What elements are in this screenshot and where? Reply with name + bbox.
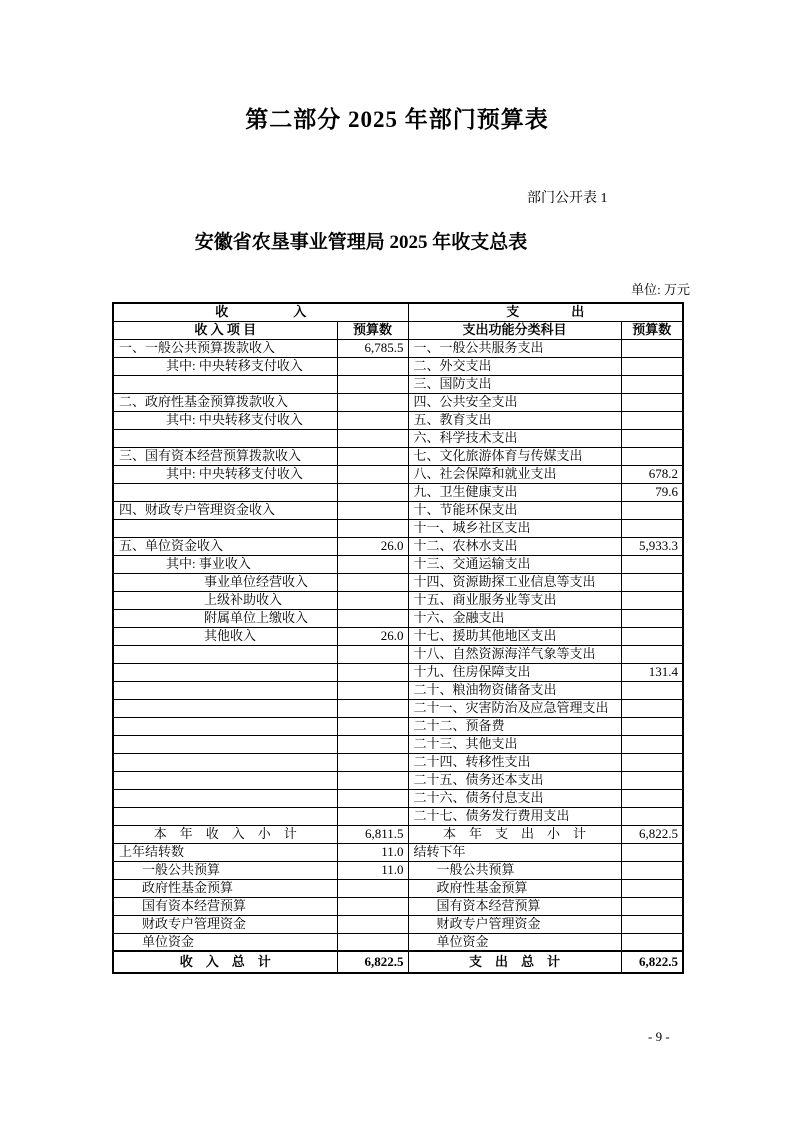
table-row: 其他收入26.0十七、援助其他地区支出	[113, 627, 683, 645]
income-item-cell: 上级补助收入	[113, 591, 337, 609]
expense-item-cell: 财政专户管理资金	[408, 915, 621, 933]
budget-summary-table: 收 入 支 出 收 入 项 目 预算数 支出功能分类科目 预算数 一、一般公共预…	[112, 302, 684, 974]
table-total-row: 收 入 总 计6,822.5支 出 总 计6,822.5	[113, 951, 683, 973]
expense-item-cell: 本 年 支 出 小 计	[408, 825, 621, 843]
income-value-cell	[337, 465, 408, 483]
expense-item-cell: 二十四、转移性支出	[408, 753, 621, 771]
income-value-cell	[337, 393, 408, 411]
income-value-cell	[337, 519, 408, 537]
table-row: 三、国有资本经营预算拨款收入七、文化旅游体育与传媒支出	[113, 447, 683, 465]
expense-item-cell: 十三、交通运输支出	[408, 555, 621, 573]
expense-value-cell: 6,822.5	[621, 951, 683, 973]
income-value-cell	[337, 681, 408, 699]
income-item-cell	[113, 681, 337, 699]
income-value-cell	[337, 933, 408, 951]
table-row: 十八、自然资源海洋气象等支出	[113, 645, 683, 663]
income-item-cell: 事业单位经营收入	[113, 573, 337, 591]
income-section-header: 收 入	[113, 303, 408, 321]
expense-value-cell	[621, 771, 683, 789]
income-value-cell	[337, 645, 408, 663]
expense-item-cell: 二十七、债务发行费用支出	[408, 807, 621, 825]
expense-item-cell: 十五、商业服务业等支出	[408, 591, 621, 609]
expense-value-cell	[621, 555, 683, 573]
table-row: 十九、住房保障支出131.4	[113, 663, 683, 681]
income-value-cell: 6,811.5	[337, 825, 408, 843]
expense-section-header: 支 出	[408, 303, 683, 321]
table-row: 其中: 事业收入十三、交通运输支出	[113, 555, 683, 573]
expense-value-cell	[621, 573, 683, 591]
income-value-cell	[337, 501, 408, 519]
expense-value-cell	[621, 861, 683, 879]
column-header-row: 收 入 项 目 预算数 支出功能分类科目 预算数	[113, 321, 683, 339]
expense-value-cell	[621, 645, 683, 663]
income-item-cell	[113, 483, 337, 501]
income-value-cell	[337, 753, 408, 771]
income-value-cell	[337, 897, 408, 915]
income-value-cell	[337, 483, 408, 501]
table-row: 事业单位经营收入十四、资源勘探工业信息等支出	[113, 573, 683, 591]
expense-value-cell	[621, 609, 683, 627]
expense-item-cell: 政府性基金预算	[408, 879, 621, 897]
table-row: 五、单位资金收入26.0十二、农林水支出5,933.3	[113, 537, 683, 555]
expense-value-cell	[621, 933, 683, 951]
expense-value-cell: 131.4	[621, 663, 683, 681]
table-row: 财政专户管理资金财政专户管理资金	[113, 915, 683, 933]
income-item-cell: 其中: 事业收入	[113, 555, 337, 573]
table-row: 四、财政专户管理资金收入十、节能环保支出	[113, 501, 683, 519]
page-title: 第二部分 2025 年部门预算表	[0, 101, 794, 134]
income-item-cell	[113, 645, 337, 663]
expense-item-cell: 单位资金	[408, 933, 621, 951]
income-item-cell	[113, 771, 337, 789]
income-value-cell	[337, 699, 408, 717]
table-row: 附属单位上缴收入十六、金融支出	[113, 609, 683, 627]
expense-item-cell: 十四、资源勘探工业信息等支出	[408, 573, 621, 591]
income-value-cell	[337, 915, 408, 933]
income-item-cell: 上年结转数	[113, 843, 337, 861]
expense-value-cell	[621, 519, 683, 537]
expense-value-cell	[621, 735, 683, 753]
income-value-cell	[337, 609, 408, 627]
expense-item-cell: 支 出 总 计	[408, 951, 621, 973]
table-row: 一般公共预算11.0一般公共预算	[113, 861, 683, 879]
expense-value-cell	[621, 915, 683, 933]
income-item-cell: 国有资本经营预算	[113, 897, 337, 915]
income-item-cell: 三、国有资本经营预算拨款收入	[113, 447, 337, 465]
income-value-cell	[337, 771, 408, 789]
expense-value-cell	[621, 807, 683, 825]
income-item-cell: 附属单位上缴收入	[113, 609, 337, 627]
income-item-cell: 其中: 中央转移支付收入	[113, 411, 337, 429]
table-row: 二十七、债务发行费用支出	[113, 807, 683, 825]
income-value-cell	[337, 555, 408, 573]
expense-item-cell: 国有资本经营预算	[408, 897, 621, 915]
income-value-cell	[337, 717, 408, 735]
table-row: 政府性基金预算政府性基金预算	[113, 879, 683, 897]
income-value-cell: 26.0	[337, 627, 408, 645]
document-page: 第二部分 2025 年部门预算表 部门公开表 1 安徽省农垦事业管理局 2025…	[0, 0, 794, 1123]
income-value-cell	[337, 735, 408, 753]
table-row: 二十六、债务付息支出	[113, 789, 683, 807]
expense-value-cell: 5,933.3	[621, 537, 683, 555]
income-value-cell	[337, 411, 408, 429]
income-item-cell	[113, 663, 337, 681]
unit-note: 单位: 万元	[631, 279, 690, 298]
expense-item-cell: 十七、援助其他地区支出	[408, 627, 621, 645]
income-value-cell	[337, 429, 408, 447]
table-label: 部门公开表 1	[527, 187, 608, 207]
income-value-cell: 11.0	[337, 861, 408, 879]
expense-value-cell	[621, 627, 683, 645]
expense-value-cell	[621, 393, 683, 411]
income-value-cell	[337, 663, 408, 681]
table-row: 国有资本经营预算国有资本经营预算	[113, 897, 683, 915]
expense-value-cell	[621, 879, 683, 897]
table-row: 二十四、转移性支出	[113, 753, 683, 771]
expense-item-cell: 十、节能环保支出	[408, 501, 621, 519]
table-row: 本 年 收 入 小 计6,811.5本 年 支 出 小 计6,822.5	[113, 825, 683, 843]
expense-item-cell: 二十三、其他支出	[408, 735, 621, 753]
income-item-cell: 政府性基金预算	[113, 879, 337, 897]
income-item-cell: 其中: 中央转移支付收入	[113, 465, 337, 483]
expense-value-cell	[621, 681, 683, 699]
expense-item-cell: 结转下年	[408, 843, 621, 861]
income-item-cell	[113, 717, 337, 735]
expense-value-cell	[621, 897, 683, 915]
table-row: 二十二、预备费	[113, 717, 683, 735]
income-value-cell	[337, 789, 408, 807]
income-item-cell: 一、一般公共预算拨款收入	[113, 339, 337, 357]
table-body: 一、一般公共预算拨款收入6,785.5一、一般公共服务支出其中: 中央转移支付收…	[113, 339, 683, 973]
income-item-cell: 本 年 收 入 小 计	[113, 825, 337, 843]
expense-item-cell: 二十五、债务还本支出	[408, 771, 621, 789]
table-row: 单位资金单位资金	[113, 933, 683, 951]
expense-value-cell	[621, 411, 683, 429]
expense-item-cell: 七、文化旅游体育与传媒支出	[408, 447, 621, 465]
expense-value-cell	[621, 339, 683, 357]
table-row: 二十五、债务还本支出	[113, 771, 683, 789]
income-item-cell	[113, 789, 337, 807]
income-item-cell	[113, 735, 337, 753]
table-title: 安徽省农垦事业管理局 2025 年收支总表	[0, 227, 794, 254]
expense-value-cell	[621, 789, 683, 807]
expense-item-cell: 一般公共预算	[408, 861, 621, 879]
income-item-cell: 五、单位资金收入	[113, 537, 337, 555]
table-row: 三、国防支出	[113, 375, 683, 393]
table-row: 九、卫生健康支出79.6	[113, 483, 683, 501]
table-row: 一、一般公共预算拨款收入6,785.5一、一般公共服务支出	[113, 339, 683, 357]
expense-item-cell: 一、一般公共服务支出	[408, 339, 621, 357]
expense-budget-column-header: 预算数	[621, 321, 683, 339]
table-row: 二十三、其他支出	[113, 735, 683, 753]
income-item-column-header: 收 入 项 目	[113, 321, 337, 339]
expense-item-cell: 三、国防支出	[408, 375, 621, 393]
table-row: 上年结转数11.0结转下年	[113, 843, 683, 861]
expense-item-cell: 九、卫生健康支出	[408, 483, 621, 501]
expense-item-cell: 十六、金融支出	[408, 609, 621, 627]
income-value-cell	[337, 375, 408, 393]
expense-item-cell: 四、公共安全支出	[408, 393, 621, 411]
expense-value-cell	[621, 717, 683, 735]
expense-value-cell: 6,822.5	[621, 825, 683, 843]
expense-item-column-header: 支出功能分类科目	[408, 321, 621, 339]
section-header-row: 收 入 支 出	[113, 303, 683, 321]
expense-item-cell: 五、教育支出	[408, 411, 621, 429]
income-item-cell	[113, 375, 337, 393]
income-item-cell: 四、财政专户管理资金收入	[113, 501, 337, 519]
income-item-cell	[113, 753, 337, 771]
table-row: 二十一、灾害防治及应急管理支出	[113, 699, 683, 717]
expense-item-cell: 二、外交支出	[408, 357, 621, 375]
income-value-cell	[337, 357, 408, 375]
table-row: 二、政府性基金预算拨款收入四、公共安全支出	[113, 393, 683, 411]
expense-value-cell: 678.2	[621, 465, 683, 483]
expense-value-cell: 79.6	[621, 483, 683, 501]
expense-item-cell: 十九、住房保障支出	[408, 663, 621, 681]
income-item-cell	[113, 699, 337, 717]
table-row: 十一、城乡社区支出	[113, 519, 683, 537]
expense-value-cell	[621, 429, 683, 447]
income-value-cell	[337, 573, 408, 591]
income-item-cell: 财政专户管理资金	[113, 915, 337, 933]
expense-item-cell: 十八、自然资源海洋气象等支出	[408, 645, 621, 663]
expense-value-cell	[621, 591, 683, 609]
income-item-cell: 单位资金	[113, 933, 337, 951]
income-item-cell: 一般公共预算	[113, 861, 337, 879]
page-number: - 9 -	[648, 1029, 670, 1045]
income-value-cell: 26.0	[337, 537, 408, 555]
expense-item-cell: 六、科学技术支出	[408, 429, 621, 447]
expense-value-cell	[621, 843, 683, 861]
expense-value-cell	[621, 753, 683, 771]
expense-item-cell: 二十二、预备费	[408, 717, 621, 735]
table-row: 上级补助收入十五、商业服务业等支出	[113, 591, 683, 609]
expense-item-cell: 十二、农林水支出	[408, 537, 621, 555]
income-item-cell	[113, 519, 337, 537]
expense-item-cell: 二十六、债务付息支出	[408, 789, 621, 807]
expense-item-cell: 二十、粮油物资储备支出	[408, 681, 621, 699]
table-row: 其中: 中央转移支付收入五、教育支出	[113, 411, 683, 429]
income-value-cell: 6,822.5	[337, 951, 408, 973]
expense-item-cell: 十一、城乡社区支出	[408, 519, 621, 537]
income-item-cell	[113, 429, 337, 447]
income-value-cell	[337, 447, 408, 465]
income-value-cell	[337, 807, 408, 825]
expense-item-cell: 八、社会保障和就业支出	[408, 465, 621, 483]
expense-value-cell	[621, 375, 683, 393]
expense-value-cell	[621, 699, 683, 717]
income-value-cell	[337, 879, 408, 897]
income-item-cell: 二、政府性基金预算拨款收入	[113, 393, 337, 411]
table-row: 二十、粮油物资储备支出	[113, 681, 683, 699]
table-row: 其中: 中央转移支付收入八、社会保障和就业支出678.2	[113, 465, 683, 483]
income-value-cell	[337, 591, 408, 609]
income-item-cell: 收 入 总 计	[113, 951, 337, 973]
income-item-cell	[113, 807, 337, 825]
income-budget-column-header: 预算数	[337, 321, 408, 339]
table-row: 其中: 中央转移支付收入二、外交支出	[113, 357, 683, 375]
table-row: 六、科学技术支出	[113, 429, 683, 447]
income-value-cell: 11.0	[337, 843, 408, 861]
expense-value-cell	[621, 501, 683, 519]
expense-item-cell: 二十一、灾害防治及应急管理支出	[408, 699, 621, 717]
income-item-cell: 其他收入	[113, 627, 337, 645]
income-item-cell: 其中: 中央转移支付收入	[113, 357, 337, 375]
income-value-cell: 6,785.5	[337, 339, 408, 357]
expense-value-cell	[621, 447, 683, 465]
expense-value-cell	[621, 357, 683, 375]
